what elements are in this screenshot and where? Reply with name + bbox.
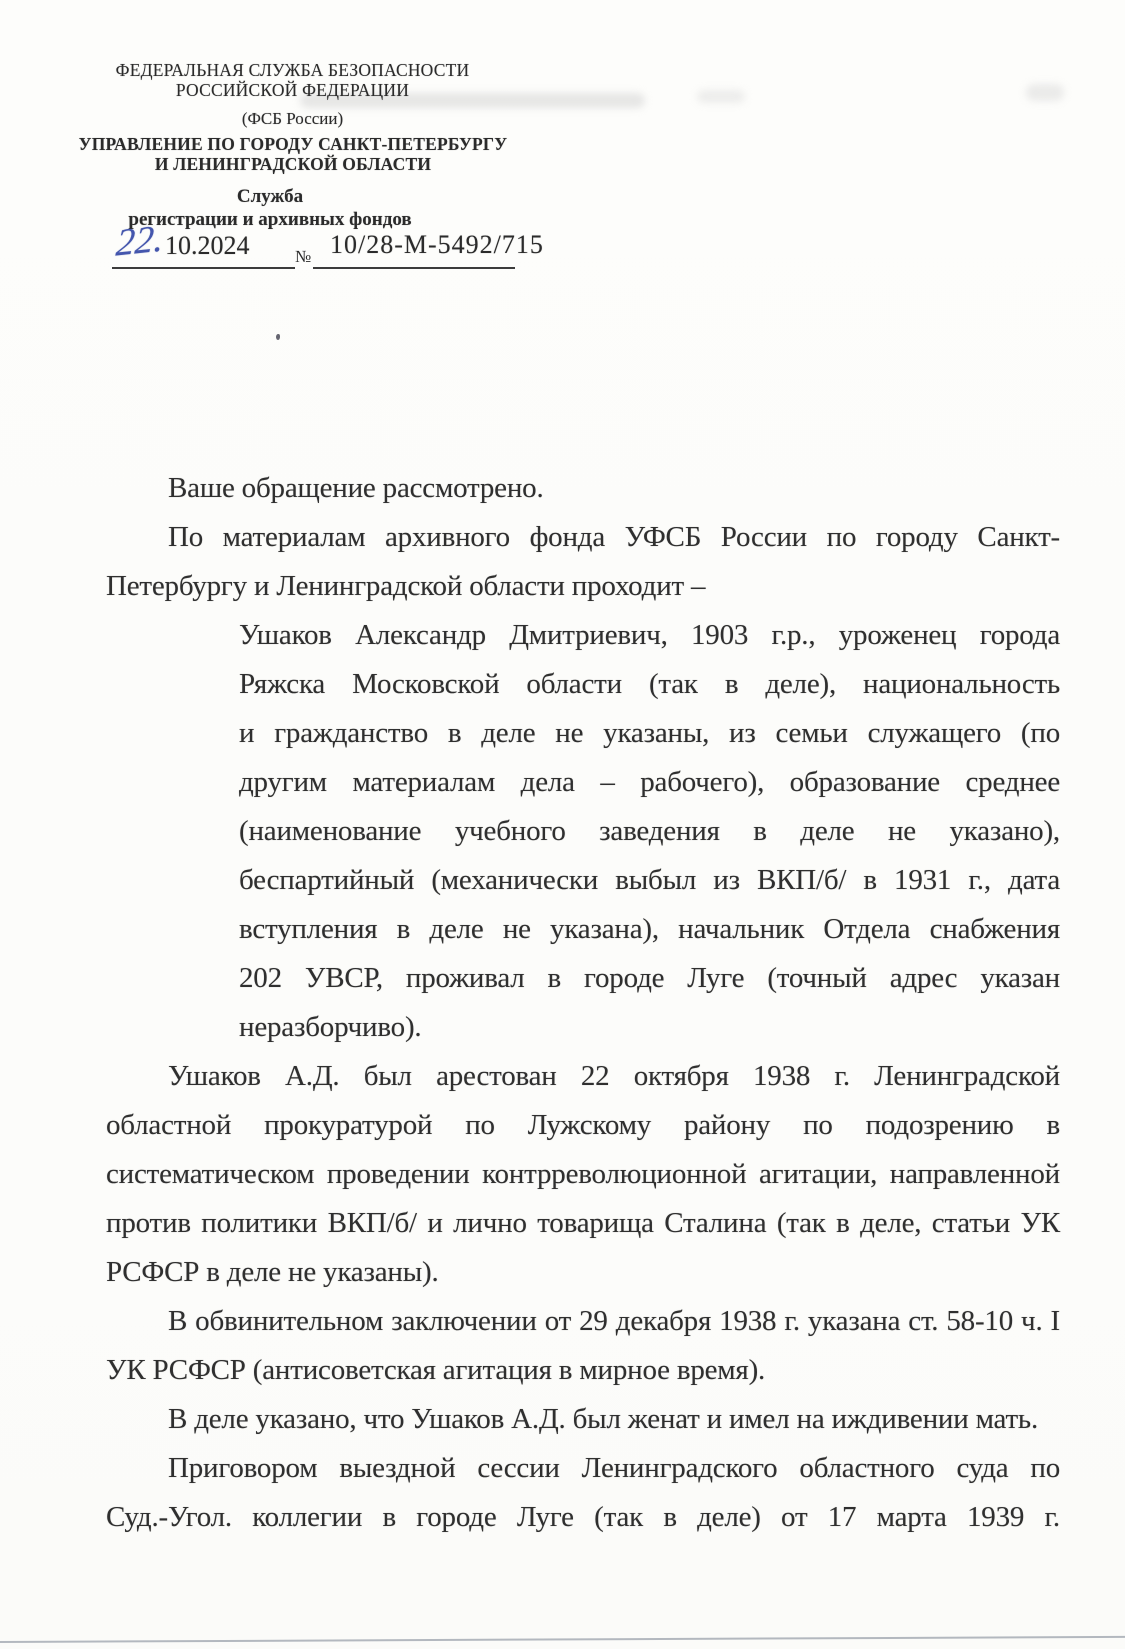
letterhead-directorate-line1: УПРАВЛЕНИЕ ПО ГОРОДУ САНКТ-ПЕТЕРБУРГУ [78, 134, 508, 154]
letterhead-service-line1: Служба [75, 186, 465, 208]
body-line: против политики ВКП/б/ и лично товарища … [106, 1199, 1060, 1248]
body-line: Приговором выездной сессии Ленинградског… [106, 1444, 1060, 1493]
body-line: и гражданство в деле не указаны, из семь… [239, 709, 1060, 758]
date-underline [112, 267, 295, 269]
letterhead-org-line2: РОССИЙСКОЙ ФЕДЕРАЦИИ [90, 80, 495, 100]
letterhead-directorate: УПРАВЛЕНИЕ ПО ГОРОДУ САНКТ-ПЕТЕРБУРГУ И … [78, 134, 508, 174]
body-line: Ваше обращение рассмотрено. [106, 464, 1060, 513]
body-line: вступления в деле не указана), начальник… [239, 905, 1060, 954]
body-line: Ушаков А.Д. был арестован 22 октября 193… [106, 1052, 1060, 1101]
scan-ink-speck [276, 334, 280, 340]
number-underline [313, 267, 515, 269]
body-line: неразборчиво). [239, 1003, 1060, 1052]
body-line: Ряжска Московской области (так в деле), … [239, 660, 1060, 709]
body-line: Суд.-Угол. коллегии в городе Луге (так в… [106, 1493, 1060, 1542]
scan-edge-line [0, 1636, 1125, 1643]
body-line: В обвинительном заключении от 29 декабря… [106, 1297, 1060, 1346]
letterhead-org-line1: ФЕДЕРАЛЬНАЯ СЛУЖБА БЕЗОПАСНОСТИ [90, 60, 495, 80]
body-line: УК РСФСР (антисоветская агитация в мирно… [106, 1346, 1060, 1395]
body-line: областной прокуратурой по Лужскому район… [106, 1101, 1060, 1150]
body-line: Петербургу и Ленинградской области прохо… [106, 562, 1060, 611]
document-number: 10/28-М-5492/715 [330, 230, 544, 260]
body-line: систематическом проведении контрреволюци… [106, 1150, 1060, 1199]
letterhead-org-name: ФЕДЕРАЛЬНАЯ СЛУЖБА БЕЗОПАСНОСТИ РОССИЙСК… [90, 60, 495, 100]
letterhead-directorate-line2: И ЛЕНИНГРАДСКОЙ ОБЛАСТИ [78, 154, 508, 174]
body-line: По материалам архивного фонда УФСБ Росси… [106, 513, 1060, 562]
document-body: Ваше обращение рассмотрено.По материалам… [106, 464, 1060, 1542]
body-line: В деле указано, что Ушаков А.Д. был жена… [106, 1395, 1060, 1444]
scanned-letter-page: ФЕДЕРАЛЬНАЯ СЛУЖБА БЕЗОПАСНОСТИ РОССИЙСК… [0, 0, 1125, 1649]
scan-bleedthrough-smudge [1026, 84, 1064, 101]
body-line: другим материалам дела – рабочего), обра… [239, 758, 1060, 807]
printed-date: 10.2024 [165, 231, 250, 261]
body-line: РСФСР в деле не указаны). [106, 1248, 1060, 1297]
letterhead-org-short: (ФСБ России) [90, 109, 495, 129]
body-line: 202 УВСР, проживал в городе Луге (точный… [239, 954, 1060, 1003]
body-line: беспартийный (механически выбыл из ВКП/б… [239, 856, 1060, 905]
handwritten-date-day: 22. [115, 216, 165, 266]
scan-bleedthrough-smudge [697, 90, 745, 103]
body-line: (наименование учебного заведения в деле … [239, 807, 1060, 856]
number-sign: № [295, 247, 311, 267]
body-line: Ушаков Александр Дмитриевич, 1903 г.р., … [239, 611, 1060, 660]
